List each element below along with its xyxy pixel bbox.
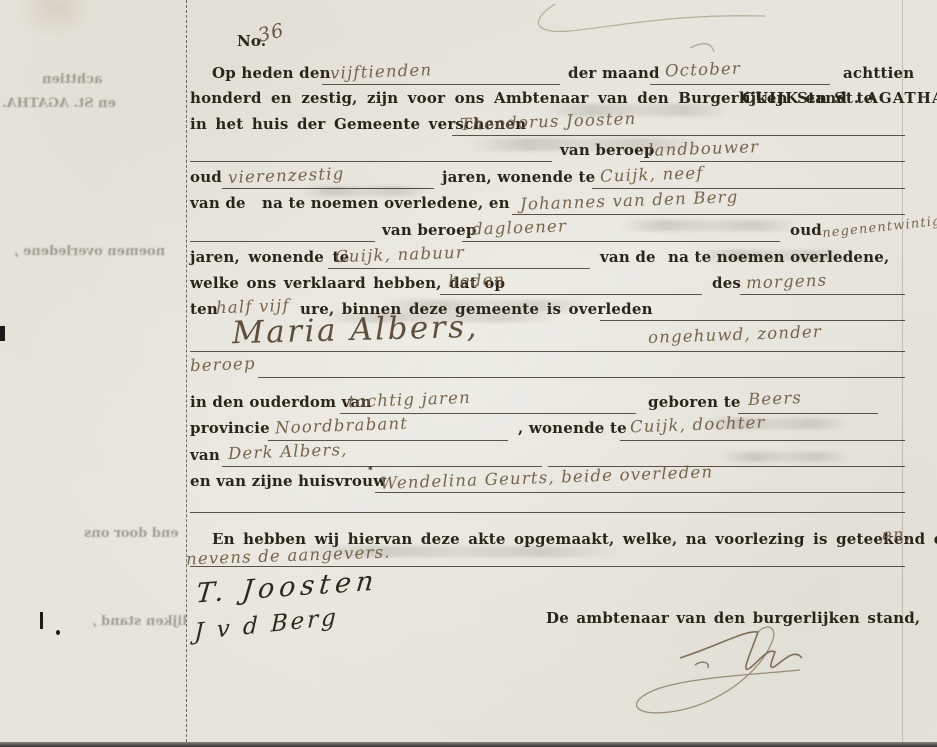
printed-oud-2: oud [790,221,822,239]
printed-provincie: provincie [190,419,270,437]
field-deceased-name: Maria Albers, [232,309,480,351]
field-deceased-status2: beroep [190,354,256,375]
ink-dot [56,630,60,635]
field-deceased-status: ongehuwd, zonder [648,322,823,347]
field-death-daypart: morgens [746,271,828,293]
printed-na-te-noemen-2: na te noemen overledene, [668,248,889,266]
pen-flourish-top [500,0,800,55]
printed-op-heden-den: Op heden den [212,64,331,82]
bleedthrough-text: end door ons [84,526,179,541]
printed-na-te-noemen-1: na te noemen overledene, en [262,194,510,212]
field-death-day: heden [448,270,506,291]
field-closing-a: en, [882,524,912,544]
field-declarant2-residence: Cuijk, nabuur [335,243,465,267]
printed-des: des [712,274,741,292]
field-declarant2-occupation: dagloener [472,216,568,238]
printed-huisvrouw: en van zijne huisvrouw [190,472,386,490]
footnote-mark: * [368,466,373,476]
ink-mark-left-lower [40,612,43,629]
bleedthrough-text: noemen overledene , [14,244,165,259]
printed-van-beroep-1: van beroep [560,141,655,159]
fold-line [186,0,187,747]
field-deceased-residence: Cuijk, dochter [630,413,766,437]
field-declarant2-age: negenentwintig [822,214,937,241]
printed-oud-1: oud [190,168,222,186]
printed-van-father: van [190,446,220,464]
printed-wonende-te-3: , wonende te [518,419,627,437]
printed-achttien: achttien [843,64,914,82]
bleedthrough-text: lijken stand , [92,614,187,629]
bleedthrough-text: en St. AGATHA. [2,96,116,111]
field-birthplace: Beers [748,388,803,409]
death-certificate-scan: achttien en St. AGATHA. noemen overleden… [0,0,937,747]
printed-van-beroep-2: van beroep [382,221,477,239]
field-declarant1-name: Theodorus Joosten [460,109,637,134]
field-father-name: Derk Albers, [228,440,348,463]
printed-jaren-wonende-1: jaren, wonende te [442,168,595,186]
field-declarant1-age: vierenzestig [228,164,345,187]
printed-municipality: CUIJK en St. AGATHA, [742,89,937,107]
field-declarant1-residence: Cuijk, neef [600,163,704,186]
printed-der-maand: der maand [568,64,660,82]
scan-edge-bottom [0,742,937,747]
field-age-at-death: tachtig jaren [348,388,471,411]
officer-signature [600,620,860,730]
bleedthrough-text: achttien [42,72,102,87]
field-day: vijftienden [330,60,433,83]
printed-ouderdom: in den ouderdom van [190,393,372,411]
field-declarant2-name: Johannes van den Berg [520,187,739,214]
printed-jaren-wonende-2: jaren, wonende te [190,248,349,266]
field-declarant1-occupation: landbouwer [648,137,760,160]
printed-van-de-1: van de [190,194,246,212]
signature-declarant-1: T. Joosten [195,565,380,609]
printed-ten: ten [190,300,218,318]
ink-mark-left-edge [0,326,5,341]
field-province: Noordbrabant [275,414,409,438]
bleedthrough-smudge [620,220,800,231]
printed-van-de-2: van de [600,248,656,266]
act-number-value: 36 [256,19,287,47]
paper-crease-line [902,0,903,747]
field-month: October [665,59,742,81]
printed-geboren-te: geboren te [648,393,741,411]
bleedthrough-smudge [720,452,850,462]
signature-declarant-2: J v d Berg [194,604,339,645]
